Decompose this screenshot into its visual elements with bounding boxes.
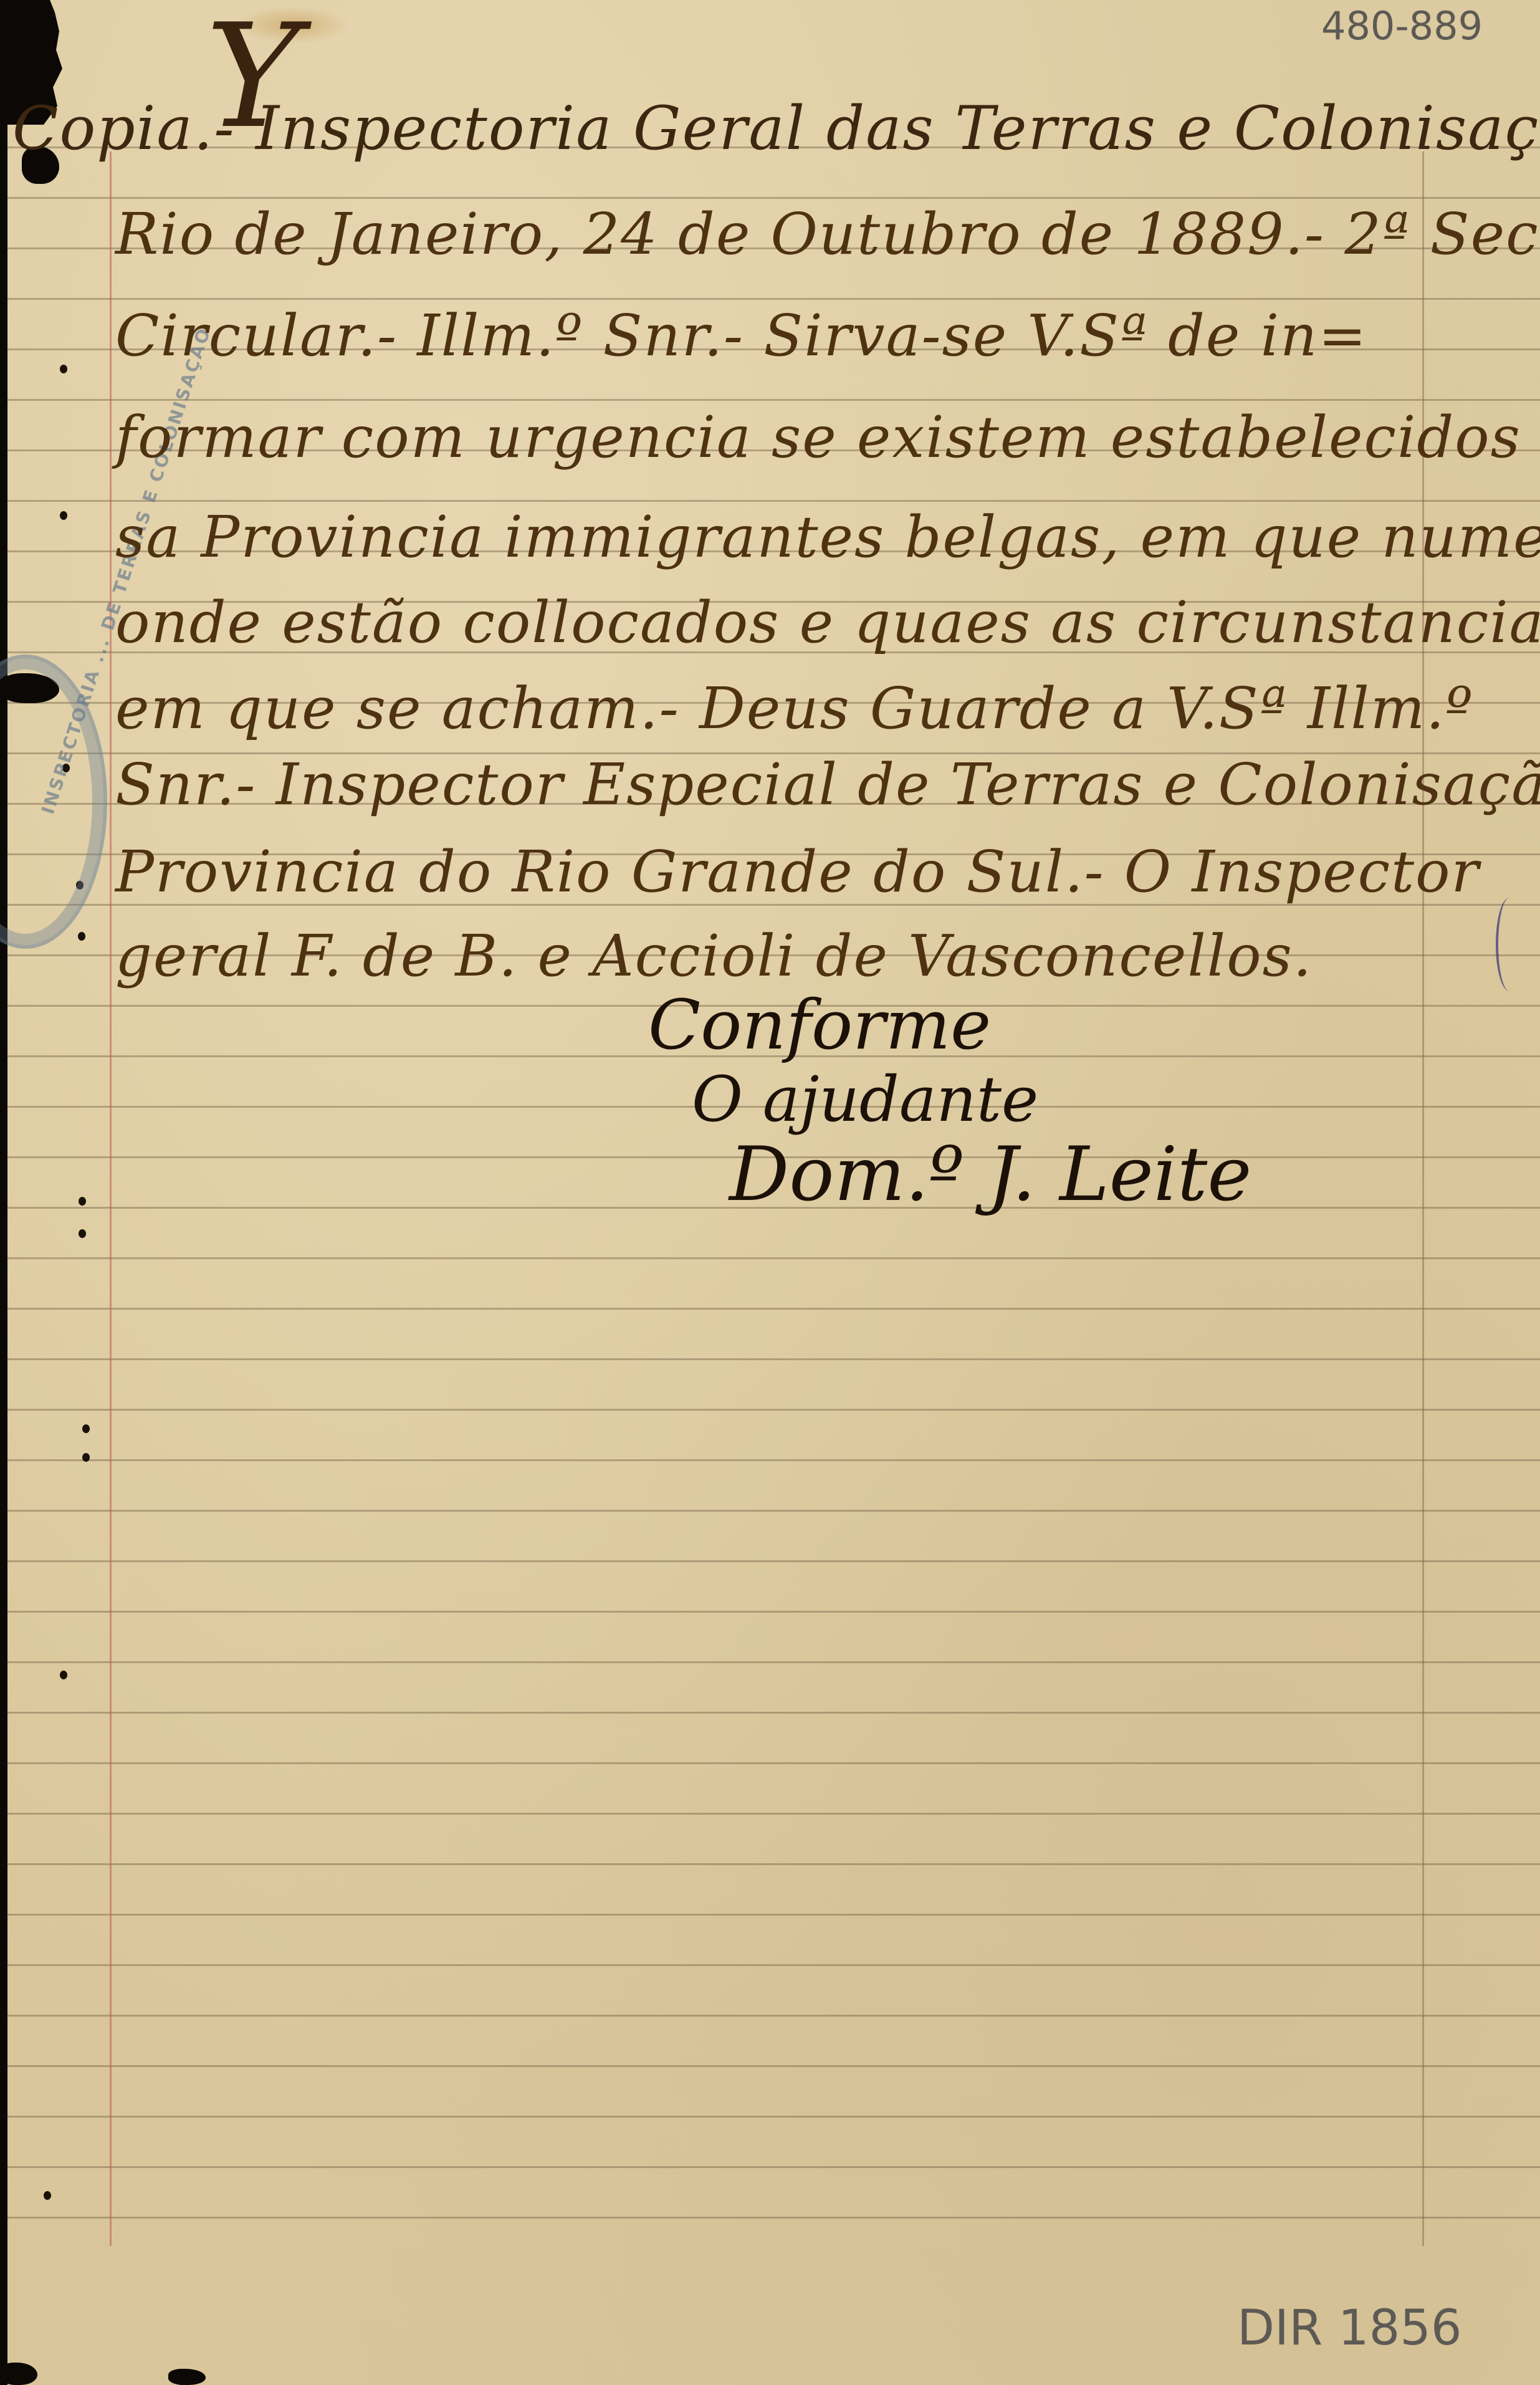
- rule-line: [0, 1712, 1540, 1714]
- rule-line: [0, 1409, 1540, 1411]
- conforme-text: Conforme: [648, 985, 991, 1065]
- text-line-7: em que se acham.- Deus Guarde a V.Sª Ill…: [115, 675, 1474, 742]
- paper-tear: [168, 2369, 206, 2385]
- text-line-3: Circular.- Illm.º Snr.- Sirva-se V.Sª de…: [115, 302, 1367, 369]
- rule-line: [0, 1611, 1540, 1613]
- archive-number: 480-889: [1321, 3, 1483, 49]
- rule-line: [0, 2116, 1540, 2118]
- rule-line: [0, 2015, 1540, 2017]
- rule-line: [0, 1914, 1540, 1916]
- rule-line: [0, 500, 1540, 502]
- binding-hole: [82, 1424, 90, 1433]
- text-line-6: onde estão collocados e quaes as circuns…: [115, 589, 1540, 656]
- rule-line: [0, 1510, 1540, 1512]
- text-line-10: geral F. de B. e Accioli de Vasconcellos…: [115, 923, 1313, 989]
- archive-mark: DIR 1856: [1237, 2300, 1462, 2356]
- rule-line: [0, 2166, 1540, 2168]
- text-line-8: Snr.- Inspector Especial de Terras e Col…: [115, 751, 1540, 818]
- rule-line: [0, 1813, 1540, 1815]
- rule-line: [0, 2065, 1540, 2067]
- binding-hole: [60, 511, 67, 520]
- signature: Dom.º J. Leite: [729, 1131, 1251, 1218]
- text-line-2: Rio de Janeiro, 24 de Outubro de 1889.- …: [115, 201, 1540, 267]
- rule-line: [0, 1257, 1540, 1259]
- paper-tear: [0, 2363, 37, 2385]
- rule-line: [0, 1308, 1540, 1310]
- rule-line: [0, 1459, 1540, 1461]
- binding-hole: [82, 1453, 90, 1462]
- binding-hole: [79, 1197, 86, 1206]
- binding-hole: [44, 2191, 51, 2200]
- text-line-9: Provincia do Rio Grande do Sul.- O Inspe…: [115, 838, 1480, 905]
- ajudante-text: O ajudante: [692, 1063, 1038, 1136]
- rule-line: [0, 1560, 1540, 1562]
- rule-line: [0, 197, 1540, 199]
- binding-hole: [79, 1229, 86, 1238]
- binding-hole: [60, 1671, 67, 1679]
- blue-pencil-mark: [1496, 898, 1523, 991]
- left-margin-line: [110, 151, 112, 2246]
- binding-hole: [78, 932, 85, 941]
- text-line-5: sa Provincia immigrantes belgas, em que …: [115, 504, 1540, 570]
- rule-line: [0, 298, 1540, 300]
- rule-line: [0, 1964, 1540, 1966]
- binding-hole: [60, 365, 67, 373]
- rule-line: [0, 399, 1540, 401]
- text-line-1: Copia.- Inspectoria Geral das Terras e C…: [12, 94, 1540, 163]
- rule-line: [0, 2217, 1540, 2219]
- text-line-4: formar com urgencia se existem estabelec…: [115, 404, 1540, 471]
- rule-line: [0, 1661, 1540, 1663]
- rule-line: [0, 1762, 1540, 1764]
- torn-left-edge: [0, 125, 7, 2385]
- rule-line: [0, 1863, 1540, 1865]
- rule-line: [0, 1358, 1540, 1360]
